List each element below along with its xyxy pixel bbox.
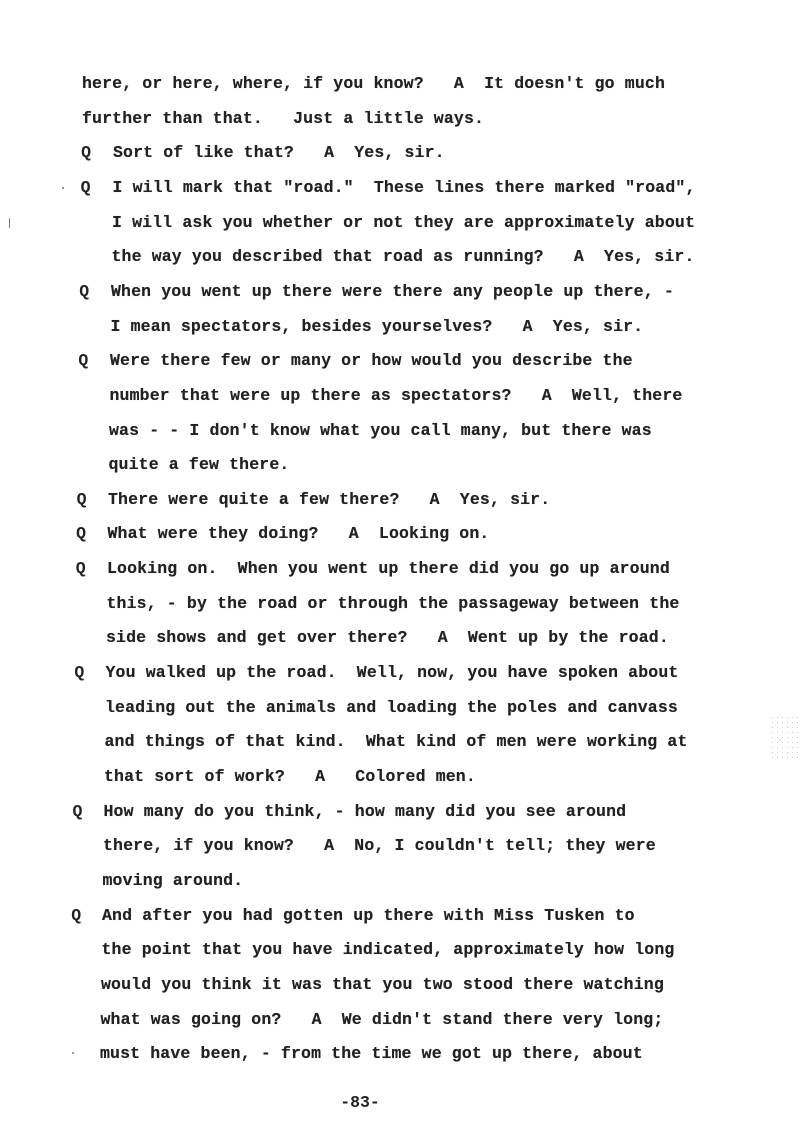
transcript-line: I mean spectators, besides yourselves? A… bbox=[111, 317, 644, 337]
transcript-line: Sort of like that? A Yes, sir. bbox=[113, 143, 445, 163]
question-marker: Q bbox=[81, 143, 91, 163]
transcript-line: what was going on? A We didn't stand the… bbox=[101, 1010, 664, 1030]
scan-speck bbox=[62, 187, 64, 189]
question-marker: Q bbox=[71, 906, 81, 926]
transcript-line: was - - I don't know what you call many,… bbox=[109, 421, 652, 441]
transcript-line: that sort of work? A Colored men. bbox=[104, 767, 476, 787]
question-marker: Q bbox=[73, 802, 83, 822]
transcript-line: the point that you have indicated, appro… bbox=[102, 940, 675, 960]
question-marker: Q bbox=[77, 490, 87, 510]
transcript-line: I will mark that "road." These lines the… bbox=[113, 178, 696, 198]
transcript-line: You walked up the road. Well, now, you h… bbox=[106, 663, 679, 683]
transcript-line: side shows and get over there? A Went up… bbox=[106, 628, 669, 648]
transcript-line: Looking on. When you went up there did y… bbox=[107, 559, 670, 579]
transcript-line: What were they doing? A Looking on. bbox=[108, 524, 490, 544]
transcript-line: must have been, - from the time we got u… bbox=[100, 1044, 643, 1064]
transcript-line: number that were up there as spectators?… bbox=[110, 386, 683, 406]
transcript-line: would you think it was that you two stoo… bbox=[101, 975, 664, 995]
question-marker: Q bbox=[79, 282, 89, 302]
question-marker: Q bbox=[78, 351, 88, 371]
transcript-line: further than that. Just a little ways. bbox=[82, 109, 484, 129]
transcript-line: When you went up there were there any pe… bbox=[111, 282, 674, 302]
transcript-line: There were quite a few there? A Yes, sir… bbox=[108, 490, 550, 510]
transcript-line: And after you had gotten up there with M… bbox=[102, 906, 635, 926]
scan-noise bbox=[770, 715, 800, 760]
question-marker: Q bbox=[81, 178, 91, 198]
transcript-line: and things of that kind. What kind of me… bbox=[105, 732, 688, 752]
transcript-page: here, or here, where, if you know? A It … bbox=[0, 0, 800, 1129]
question-marker: Q bbox=[76, 559, 86, 579]
transcript-line: the way you described that road as runni… bbox=[112, 247, 695, 267]
transcript-line: this, - by the road or through the passa… bbox=[107, 594, 680, 614]
transcript-line: I will ask you whether or not they are a… bbox=[112, 213, 695, 233]
page-number: -83- bbox=[0, 1093, 720, 1112]
transcript-line: leading out the animals and loading the … bbox=[105, 698, 678, 718]
question-marker: Q bbox=[76, 524, 86, 544]
transcript-line: quite a few there. bbox=[109, 455, 290, 475]
scan-mark bbox=[9, 218, 10, 228]
transcript-line: there, if you know? A No, I couldn't tel… bbox=[103, 836, 656, 856]
question-marker: Q bbox=[74, 663, 84, 683]
scan-speck bbox=[72, 1052, 74, 1054]
transcript-line: here, or here, where, if you know? A It … bbox=[82, 74, 665, 94]
transcript-line: Were there few or many or how would you … bbox=[110, 351, 633, 371]
transcript-line: moving around. bbox=[103, 871, 244, 891]
transcript-line: How many do you think, - how many did yo… bbox=[104, 802, 627, 822]
